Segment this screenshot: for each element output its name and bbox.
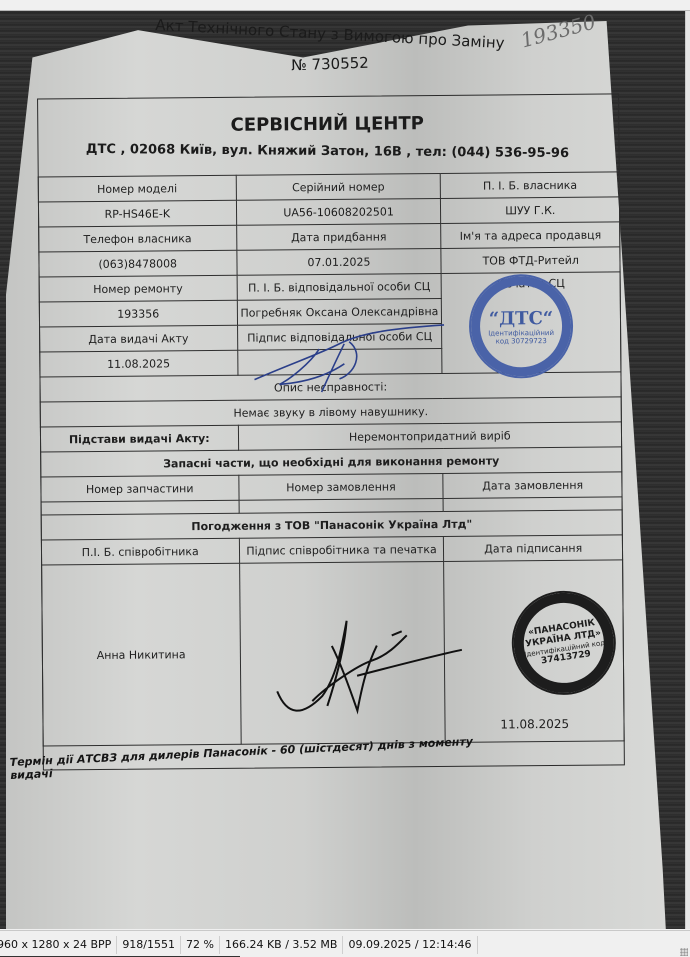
responsible-value: Погребняк Оксана Олександрівна (237, 298, 442, 325)
approval-col-employee: П.І. Б. співробітника (41, 538, 239, 565)
grounds-value: Неремонтопридатний виріб (238, 422, 622, 450)
purchase-date-value: 07.01.2025 (236, 248, 441, 275)
sc-signature (249, 323, 450, 395)
phone-label: Телефон власника (39, 225, 237, 252)
model-value: RP-HS46E-K (38, 200, 236, 227)
vertical-scrollbar[interactable] (685, 11, 690, 929)
dts-stamp: “ДТС“ Ідентифікаційний код 30729723 (469, 274, 574, 379)
seller-value: ТОВ ФТД-Ритейл (441, 247, 620, 274)
grounds-label: Підстави видачі Акту: (40, 425, 238, 452)
model-label: Номер моделі (38, 175, 236, 202)
viewer-toolbar (0, 0, 690, 11)
parts-col-date: Дата замовлення (443, 472, 622, 499)
handwritten-number: 193350 (518, 11, 598, 52)
parts-col-order: Номер замовлення (238, 473, 443, 500)
document-content: Акт Технічного Стану з Вимогою про Замін… (0, 11, 686, 929)
approval-col-date: Дата підписання (444, 535, 623, 562)
act-form: СЕРВІСНИЙ ЦЕНТР ДТС , 02068 Київ, вул. К… (27, 93, 623, 778)
seller-label: Ім'я та адреса продавця (441, 222, 620, 249)
image-viewport[interactable]: Акт Технічного Стану з Вимогою про Замін… (0, 11, 686, 929)
repair-no-value: 193356 (39, 300, 237, 327)
purchase-date-label: Дата придбання (236, 223, 441, 250)
responsible-label: П. І. Б. відповідальної особи СЦ (237, 273, 442, 300)
owner-label: П. І. Б. власника (441, 172, 620, 199)
employee-signature (266, 605, 467, 727)
issue-date-label: Дата видачі Акту (40, 325, 238, 352)
status-bar: 960 x 1280 x 24 BPP 918/1551 72 % 166.24… (0, 930, 690, 957)
issue-date-value: 11.08.2025 (40, 350, 238, 377)
serial-label: Серійний номер (236, 173, 441, 200)
phone-value: (063)8478008 (39, 250, 237, 277)
service-center-title: СЕРВІСНИЙ ЦЕНТР (187, 113, 467, 136)
repair-no-label: Номер ремонту (39, 275, 237, 302)
resize-grip-icon[interactable] (680, 948, 688, 956)
status-index: 918/1551 (117, 936, 181, 954)
approval-col-signature: Підпис співробітника та печатка (239, 536, 444, 563)
parts-col-number: Номер запчастини (41, 475, 239, 502)
serial-value: UA56-10608202501 (236, 198, 441, 225)
status-zoom: 72 % (181, 936, 220, 954)
status-file-size: 166.24 KB / 3.52 MB (220, 936, 343, 954)
dts-stamp-code: код 30729723 (496, 337, 547, 345)
dts-stamp-name: “ДТС“ (489, 308, 554, 330)
document-title: Акт Технічного Стану з Вимогою про Замін… (140, 15, 520, 53)
status-image-info: 960 x 1280 x 24 BPP (0, 936, 117, 954)
employee-name: Анна Никитина (42, 563, 241, 746)
owner-value: ШУУ Г.К. (441, 197, 620, 224)
status-datetime: 09.09.2025 / 12:14:46 (343, 936, 477, 954)
document-number: № 730552 (260, 53, 401, 76)
